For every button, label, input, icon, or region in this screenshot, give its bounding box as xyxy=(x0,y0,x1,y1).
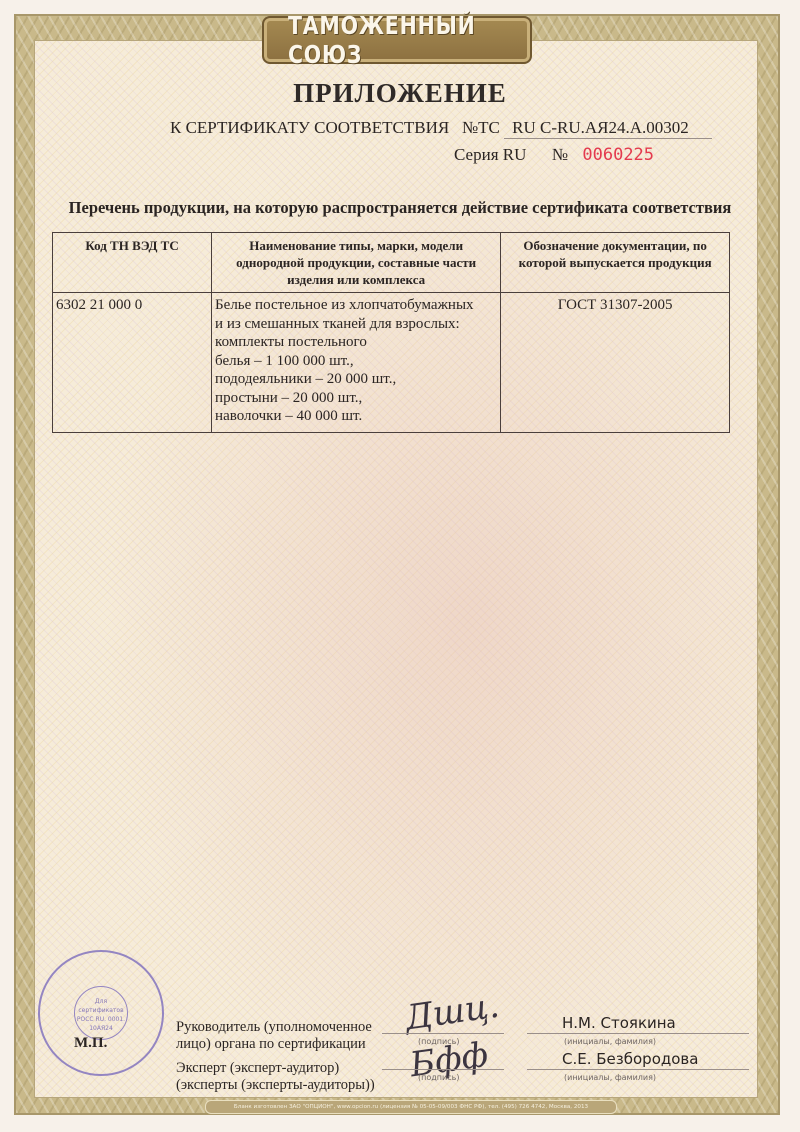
name-line: простыни – 20 000 шт., xyxy=(215,389,497,408)
page-title: ПРИЛОЖЕНИЕ xyxy=(0,78,800,109)
expert-signature-line xyxy=(382,1069,504,1070)
column-header-code: Код ТН ВЭД ТС xyxy=(53,233,212,293)
head-label-line1: Руководитель (уполномоченное xyxy=(176,1019,372,1036)
stamp-inner-ring: Для сертификатов РОСС RU. 0001. 10АЯ24 xyxy=(74,986,128,1040)
head-name-caption: (инициалы, фамилия) xyxy=(564,1037,656,1046)
expert-name-caption: (инициалы, фамилия) xyxy=(564,1073,656,1082)
table-row: 6302 21 000 0 Белье постельное из хлопча… xyxy=(53,293,730,433)
expert-signature-caption: (подпись) xyxy=(418,1073,459,1082)
name-line: белья – 1 100 000 шт., xyxy=(215,352,497,371)
stamp-inner-code: РОСС RU. 0001. 10АЯ24 xyxy=(75,1015,127,1033)
blank-manufacturer-footer: Бланк изготовлен ЗАО "ОПЦИОН", www.opcio… xyxy=(205,1100,617,1114)
head-name: Н.М. Стоякина xyxy=(562,1014,676,1032)
name-line: и из смешанных тканей для взрослых: xyxy=(215,315,497,334)
head-signature-line xyxy=(382,1033,504,1034)
name-line: комплекты постельного xyxy=(215,333,497,352)
certificate-number: RU C-RU.АЯ24.А.00302 xyxy=(504,118,712,139)
stamp-inner-mid: сертификатов xyxy=(75,1006,127,1015)
banner-text: ТАМОЖЕННЫЙ СОЮЗ xyxy=(288,11,506,69)
series-label: Серия xyxy=(454,145,499,164)
stamp-inner-top: Для xyxy=(75,997,127,1006)
certification-stamp: Для сертификатов РОСС RU. 0001. 10АЯ24 xyxy=(38,950,164,1076)
name-line: пододеяльники – 20 000 шт., xyxy=(215,370,497,389)
head-label-line2: лицо) органа по сертификации xyxy=(176,1036,372,1053)
table-header-row: Код ТН ВЭД ТС Наименование типы, марки, … xyxy=(53,233,730,293)
head-label: Руководитель (уполномоченное лицо) орган… xyxy=(176,1019,372,1053)
series-value: RU xyxy=(503,145,527,164)
expert-label: Эксперт (эксперт-аудитор) (эксперты (экс… xyxy=(176,1060,375,1094)
product-list-heading: Перечень продукции, на которую распростр… xyxy=(0,198,800,218)
cell-document: ГОСТ 31307-2005 xyxy=(501,293,730,433)
series-reference: Серия RU № 0060225 xyxy=(454,145,654,165)
expert-name: С.Е. Безбородова xyxy=(562,1050,698,1068)
cell-code: 6302 21 000 0 xyxy=(53,293,212,433)
column-header-document: Обозначение документации, по которой вып… xyxy=(501,233,730,293)
expert-name-line xyxy=(527,1069,749,1070)
head-name-line xyxy=(527,1033,749,1034)
name-line: наволочки – 40 000 шт. xyxy=(215,407,497,426)
name-line: Белье постельное из хлопчатобумажных xyxy=(215,296,497,315)
customs-union-banner: ТАМОЖЕННЫЙ СОЮЗ xyxy=(262,16,532,64)
products-table: Код ТН ВЭД ТС Наименование типы, марки, … xyxy=(52,232,730,433)
seal-place-label: М.П. xyxy=(74,1035,107,1052)
certificate-no-label: №ТС xyxy=(462,118,500,137)
cell-name: Белье постельное из хлопчатобумажных и и… xyxy=(212,293,501,433)
certificate-reference: К СЕРТИФИКАТУ СООТВЕТСТВИЯ №ТС RU C-RU.А… xyxy=(170,118,712,139)
column-header-name: Наименование типы, марки, модели однород… xyxy=(212,233,501,293)
blank-serial-number: 0060225 xyxy=(582,145,654,165)
expert-label-line1: Эксперт (эксперт-аудитор) xyxy=(176,1060,375,1077)
expert-label-line2: (эксперты (эксперты-аудиторы)) xyxy=(176,1077,375,1094)
blank-no-label: № xyxy=(552,145,568,164)
certificate-prefix: К СЕРТИФИКАТУ СООТВЕТСТВИЯ xyxy=(170,118,449,137)
